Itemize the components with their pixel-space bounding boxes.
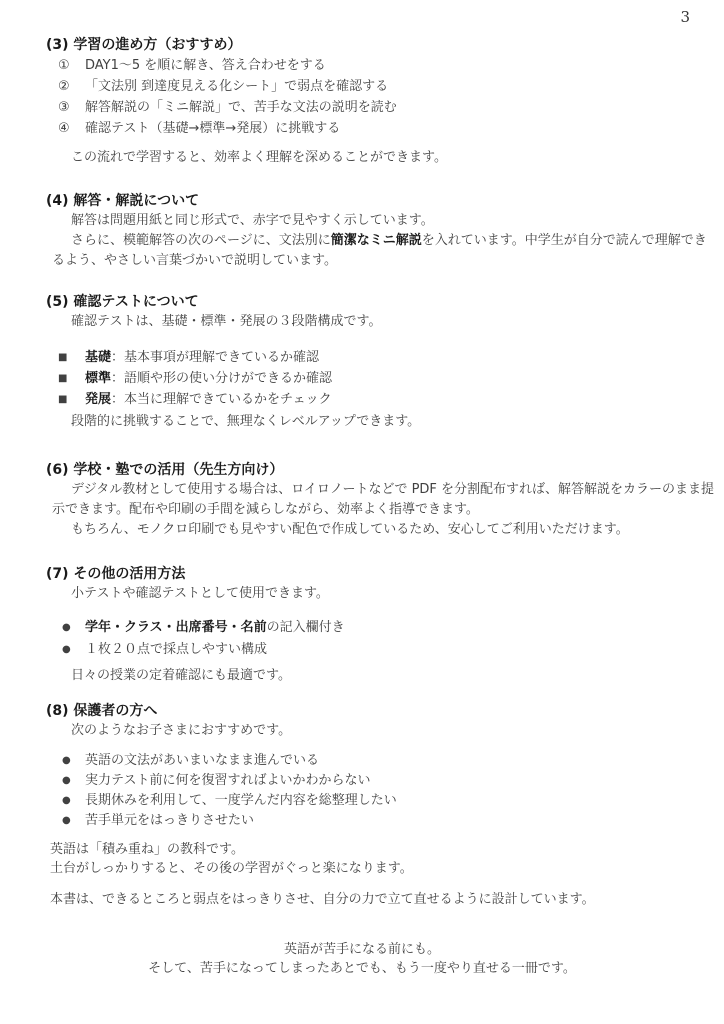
- section-note: 段階的に挑戦することで、無理なくレベルアップできます。: [52, 412, 690, 432]
- text-run: の記入欄付き: [267, 620, 345, 635]
- text-run: ：語順や形の使い分けができるか確認: [111, 371, 332, 386]
- list-item-text: 長期休みを利用して、一度学んだ内容を総整理したい: [85, 791, 397, 811]
- square-bullet-list: ■ 基礎：基本事項が理解できているか確認 ■ 標準：語順や形の使い分けができるか…: [46, 347, 690, 410]
- list-item: ③ 解答解説の「ミニ解説」で、苦手な文法の説明を読む: [58, 97, 690, 118]
- text-run: さらに、模範解答の次のページに、文法別に: [71, 233, 331, 248]
- section-heading: (6) 学校・塾での活用（先生方向け）: [46, 461, 690, 480]
- list-item-text: １枚２０点で採点しやすい構成: [85, 639, 267, 661]
- section-heading: (4) 解答・解説について: [46, 192, 690, 211]
- list-item: ● 実力テスト前に何を復習すればよいかわからない: [62, 771, 690, 791]
- list-item: ② 「文法別 到達度見える化シート」で弱点を確認する: [58, 76, 690, 97]
- list-item: ● 苦手単元をはっきりさせたい: [62, 811, 690, 831]
- paragraph-line: るよう、やさしい言葉づかいで説明しています。: [52, 251, 690, 271]
- list-item: ■ 基礎：基本事項が理解できているか確認: [58, 347, 690, 368]
- section-intro: 次のようなお子さまにおすすめです。: [52, 721, 690, 741]
- numbered-list: ① DAY1～5 を順に解き、答え合わせをする ② 「文法別 到達度見える化シー…: [46, 55, 690, 139]
- text-run: ：本当に理解できているかをチェック: [111, 392, 332, 407]
- paragraph-line: 示できます。配布や印刷の手間を減らしながら、効率よく指導できます。: [52, 500, 690, 520]
- dot-bullet-marker: ●: [62, 811, 85, 831]
- bold-term: 発展: [85, 392, 111, 407]
- centered-line: そして、苦手になってしまったあとでも、もう一度やり直せる一冊です。: [34, 959, 690, 978]
- dot-bullet-marker: ●: [62, 751, 85, 771]
- section-heading: (7) その他の活用方法: [46, 565, 690, 584]
- list-item: ● 学年・クラス・出席番号・名前の記入欄付き: [62, 617, 690, 639]
- section-school-use: (6) 学校・塾での活用（先生方向け） デジタル教材として使用する場合は、ロイロ…: [46, 461, 690, 540]
- list-item: ● １枚２０点で採点しやすい構成: [62, 639, 690, 661]
- list-item-text: 確認テスト（基礎→標準→発展）に挑戦する: [85, 118, 340, 139]
- text-run: を入れています。中学生が自分で読んで理解でき: [422, 233, 707, 248]
- section-intro: 確認テストは、基礎・標準・発展の３段階構成です。: [52, 312, 690, 332]
- list-item: ● 長期休みを利用して、一度学んだ内容を総整理したい: [62, 791, 690, 811]
- bold-term: 基礎: [85, 350, 111, 365]
- dot-bullet-marker: ●: [62, 639, 85, 661]
- list-item-text: 苦手単元をはっきりさせたい: [85, 811, 254, 831]
- section-study-flow: (3) 学習の進め方（おすすめ） ① DAY1～5 を順に解き、答え合わせをする…: [46, 36, 690, 168]
- closing-block: 英語は「積み重ね」の教科です。 土台がしっかりすると、その後の学習がぐっと楽にな…: [50, 840, 690, 909]
- square-bullet-marker: ■: [58, 368, 85, 389]
- square-bullet-marker: ■: [58, 389, 85, 410]
- circled-number-marker: ②: [58, 76, 85, 97]
- closing-centered-block: 英語が苦手になる前にも。 そして、苦手になってしまったあとでも、もう一度やり直せ…: [34, 940, 690, 978]
- list-item-text: 解答解説の「ミニ解説」で、苦手な文法の説明を読む: [85, 97, 397, 118]
- list-item-text: 実力テスト前に何を復習すればよいかわからない: [85, 771, 370, 791]
- circled-number-marker: ④: [58, 118, 85, 139]
- paragraph-line: もちろん、モノクロ印刷でも見やすい配色で作成しているため、安心してご利用いただけ…: [52, 520, 690, 540]
- section-heading: (3) 学習の進め方（おすすめ）: [46, 36, 690, 55]
- list-item-text: 発展：本当に理解できているかをチェック: [85, 389, 332, 410]
- list-item-text: DAY1～5 を順に解き、答え合わせをする: [85, 55, 326, 76]
- dot-bullet-list: ● 学年・クラス・出席番号・名前の記入欄付き ● １枚２０点で採点しやすい構成: [46, 617, 690, 661]
- dot-bullet-marker: ●: [62, 617, 85, 639]
- list-item-text: 標準：語順や形の使い分けができるか確認: [85, 368, 332, 389]
- paragraph-line: デジタル教材として使用する場合は、ロイロノートなどで PDF を分割配布すれば、…: [52, 480, 690, 500]
- closing-line: 英語は「積み重ね」の教科です。: [50, 840, 690, 859]
- section-heading: (5) 確認テストについて: [46, 293, 690, 312]
- list-item-text: 英語の文法があいまいなまま進んでいる: [85, 751, 319, 771]
- section-for-parents: (8) 保護者の方へ 次のようなお子さまにおすすめです。 ● 英語の文法があいま…: [46, 702, 690, 831]
- list-item: ■ 標準：語順や形の使い分けができるか確認: [58, 368, 690, 389]
- bold-term: 標準: [85, 371, 111, 386]
- list-item-text: 「文法別 到達度見える化シート」で弱点を確認する: [85, 76, 388, 97]
- list-item: ● 英語の文法があいまいなまま進んでいる: [62, 751, 690, 771]
- list-item-text: 基礎：基本事項が理解できているか確認: [85, 347, 319, 368]
- section-intro: 小テストや確認テストとして使用できます。: [52, 584, 690, 604]
- section-answers-explanations: (4) 解答・解説について 解答は問題用紙と同じ形式で、赤字で見やすく示していま…: [46, 192, 690, 271]
- section-note: 日々の授業の定着確認にも最適です。: [52, 666, 690, 686]
- paragraph-line: 解答は問題用紙と同じ形式で、赤字で見やすく示しています。: [52, 211, 690, 231]
- circled-number-marker: ①: [58, 55, 85, 76]
- list-item-text: 学年・クラス・出席番号・名前の記入欄付き: [85, 617, 345, 639]
- list-item: ■ 発展：本当に理解できているかをチェック: [58, 389, 690, 410]
- section-confirmation-tests: (5) 確認テストについて 確認テストは、基礎・標準・発展の３段階構成です。 ■…: [46, 293, 690, 432]
- closing-line: 本書は、できるところと弱点をはっきりさせ、自分の力で立て直せるように設計していま…: [50, 890, 690, 909]
- dot-bullet-list: ● 英語の文法があいまいなまま進んでいる ● 実力テスト前に何を復習すればよいか…: [46, 751, 690, 831]
- bold-term: 学年・クラス・出席番号・名前: [85, 620, 267, 635]
- section-note: この流れで学習すると、効率よく理解を深めることができます。: [52, 148, 690, 168]
- closing-line: 土台がしっかりすると、その後の学習がぐっと楽になります。: [50, 859, 690, 878]
- list-item: ④ 確認テスト（基礎→標準→発展）に挑戦する: [58, 118, 690, 139]
- bold-text-run: 簡潔なミニ解説: [331, 233, 422, 248]
- text-run: ：基本事項が理解できているか確認: [111, 350, 319, 365]
- document-page: 3 (3) 学習の進め方（おすすめ） ① DAY1～5 を順に解き、答え合わせを…: [0, 0, 724, 1024]
- paragraph-line: さらに、模範解答の次のページに、文法別に簡潔なミニ解説を入れています。中学生が自…: [52, 231, 690, 251]
- dot-bullet-marker: ●: [62, 771, 85, 791]
- section-other-uses: (7) その他の活用方法 小テストや確認テストとして使用できます。 ● 学年・ク…: [46, 565, 690, 686]
- page-number: 3: [46, 8, 690, 26]
- list-item: ① DAY1～5 を順に解き、答え合わせをする: [58, 55, 690, 76]
- dot-bullet-marker: ●: [62, 791, 85, 811]
- centered-line: 英語が苦手になる前にも。: [34, 940, 690, 959]
- section-heading: (8) 保護者の方へ: [46, 702, 690, 721]
- circled-number-marker: ③: [58, 97, 85, 118]
- square-bullet-marker: ■: [58, 347, 85, 368]
